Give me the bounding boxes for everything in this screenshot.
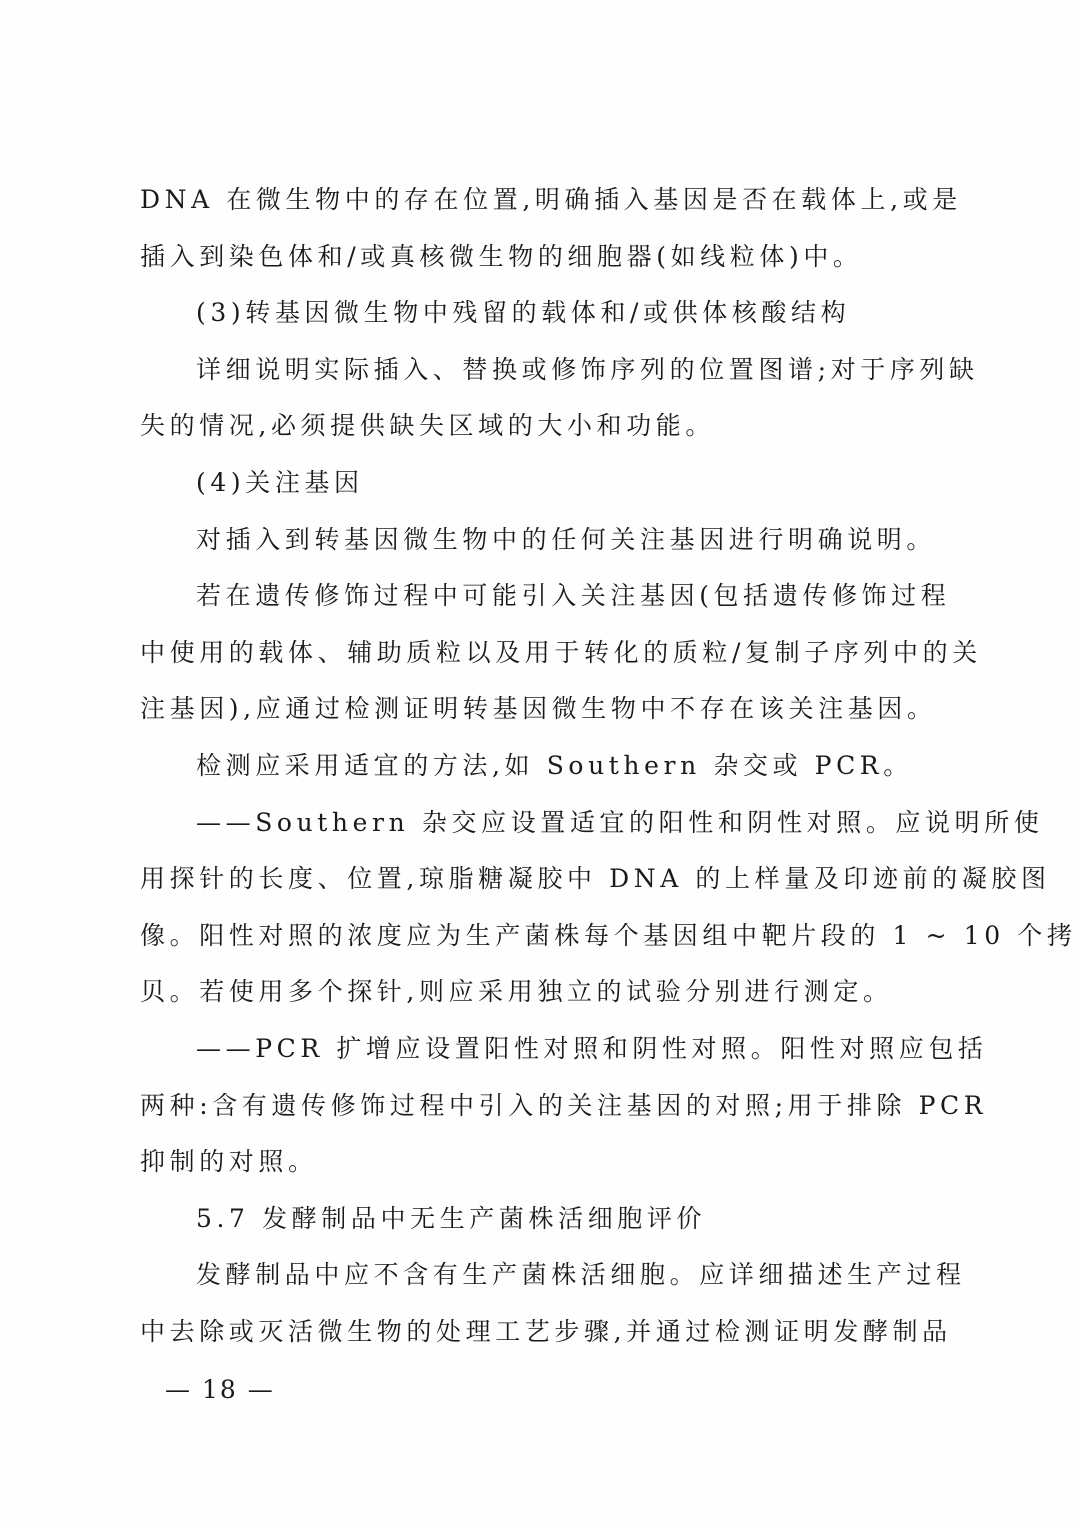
- paragraph-line: 抑制的对照。: [140, 1134, 940, 1191]
- paragraph-line: 若在遗传修饰过程中可能引入关注基因(包括遗传修饰过程: [140, 568, 940, 625]
- paragraph-line: DNA 在微生物中的存在位置,明确插入基因是否在载体上,或是: [140, 172, 940, 229]
- paragraph-line: 插入到染色体和/或真核微生物的细胞器(如线粒体)中。: [140, 229, 940, 286]
- document-page: DNA 在微生物中的存在位置,明确插入基因是否在载体上,或是 插入到染色体和/或…: [0, 0, 1080, 1527]
- paragraph-line: 中去除或灭活微生物的处理工艺步骤,并通过检测证明发酵制品: [140, 1304, 940, 1361]
- paragraph-line: 贝。若使用多个探针,则应采用独立的试验分别进行测定。: [140, 964, 940, 1021]
- list-item-southern: ——Southern 杂交应设置适宜的阳性和阴性对照。应说明所使: [140, 795, 940, 852]
- section-heading-3: (3)转基因微生物中残留的载体和/或供体核酸结构: [140, 285, 940, 342]
- paragraph-line: 详细说明实际插入、替换或修饰序列的位置图谱;对于序列缺: [140, 342, 940, 399]
- paragraph-line: 用探针的长度、位置,琼脂糖凝胶中 DNA 的上样量及印迹前的凝胶图: [140, 851, 940, 908]
- paragraph-line: 失的情况,必须提供缺失区域的大小和功能。: [140, 398, 940, 455]
- paragraph-line: 两种:含有遗传修饰过程中引入的关注基因的对照;用于排除 PCR: [140, 1078, 940, 1135]
- paragraph-line: 发酵制品中应不含有生产菌株活细胞。应详细描述生产过程: [140, 1247, 940, 1304]
- section-heading-5-7: 5.7 发酵制品中无生产菌株活细胞评价: [140, 1191, 940, 1248]
- section-heading-4: (4)关注基因: [140, 455, 940, 512]
- paragraph-line: 中使用的载体、辅助质粒以及用于转化的质粒/复制子序列中的关: [140, 625, 940, 682]
- paragraph-line: 注基因),应通过检测证明转基因微生物中不存在该关注基因。: [140, 681, 940, 738]
- list-item-pcr: ——PCR 扩增应设置阳性对照和阴性对照。阳性对照应包括: [140, 1021, 940, 1078]
- paragraph-line: 检测应采用适宜的方法,如 Southern 杂交或 PCR。: [140, 738, 940, 795]
- page-number: — 18 —: [165, 1372, 275, 1408]
- paragraph-line: 对插入到转基因微生物中的任何关注基因进行明确说明。: [140, 512, 940, 569]
- document-body: DNA 在微生物中的存在位置,明确插入基因是否在载体上,或是 插入到染色体和/或…: [140, 172, 940, 1360]
- paragraph-line: 像。阳性对照的浓度应为生产菌株每个基因组中靶片段的 1 ~ 10 个拷: [140, 908, 940, 965]
